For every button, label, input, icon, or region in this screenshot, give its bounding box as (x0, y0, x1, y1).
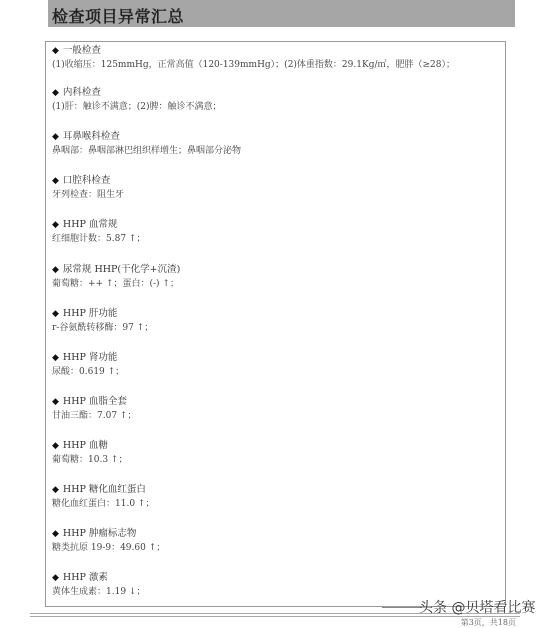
section-title: 内科检查 (63, 87, 101, 98)
section-body: 红细胞计数：5.87 ↑； (52, 232, 145, 246)
section-body: 葡萄糖：++ ↑；蛋白：(-) ↑； (52, 277, 180, 291)
section-internal-medicine: ◆内科检查 (1)肝：触诊不满意；(2)脾：触诊不满意； (52, 86, 222, 114)
section-dental: ◆口腔科检查 牙列检查：阻生牙 (52, 174, 124, 202)
diamond-bullet-icon: ◆ (52, 395, 59, 409)
diamond-bullet-icon: ◆ (52, 307, 59, 321)
diamond-bullet-icon: ◆ (52, 174, 59, 188)
section-title: HHP 血糖 (63, 440, 108, 451)
section-title: HHP 肿瘤标志物 (63, 528, 136, 539)
section-liver-function: ◆HHP 肝功能 r-谷氨酰转移酶：97 ↑； (52, 307, 153, 335)
section-title: 尿常规 HHP(干化学+沉渣) (63, 264, 180, 275)
section-title: 一般检查 (63, 45, 101, 56)
section-general-exam: ◆一般检查 (1)收缩压：125mmHg，正常高值（120-139mmHg）；(… (52, 44, 455, 72)
diamond-bullet-icon: ◆ (52, 130, 59, 144)
diamond-bullet-icon: ◆ (52, 571, 59, 585)
section-ent: ◆耳鼻喉科检查 鼻咽部：鼻咽部淋巴组织样增生；鼻咽部分泌物 (52, 130, 241, 158)
diamond-bullet-icon: ◆ (52, 527, 59, 541)
section-blood-glucose: ◆HHP 血糖 葡萄糖：10.3 ↑； (52, 439, 127, 467)
section-body: (1)收缩压：125mmHg，正常高值（120-139mmHg）；(2)体重指数… (52, 58, 455, 72)
watermark: 头条 @贝塔看比赛 (419, 597, 535, 617)
section-body: (1)肝：触诊不满意；(2)脾：触诊不满意； (52, 100, 222, 114)
section-blood-routine: ◆HHP 血常规 红细胞计数：5.87 ↑； (52, 218, 145, 246)
abnormal-summary-box: ◆一般检查 (1)收缩压：125mmHg，正常高值（120-139mmHg）；(… (45, 41, 506, 607)
section-body: 甘油三酯：7.07 ↑； (52, 409, 136, 423)
watermark-underline (382, 607, 422, 608)
section-hormones: ◆HHP 激素 黄体生成素：1.19 ↓； (52, 571, 145, 599)
section-body: 牙列检查：阻生牙 (52, 188, 124, 202)
section-title: HHP 血脂全套 (63, 396, 127, 407)
section-kidney-function: ◆HHP 肾功能 尿酸：0.619 ↑； (52, 351, 124, 379)
diamond-bullet-icon: ◆ (52, 218, 59, 232)
section-body: 葡萄糖：10.3 ↑； (52, 453, 127, 467)
section-title: HHP 肾功能 (63, 352, 117, 363)
title-bar: 检查项目异常汇总 (48, 0, 515, 27)
diamond-bullet-icon: ◆ (52, 44, 59, 58)
section-title: 耳鼻喉科检查 (63, 131, 120, 142)
section-tumor-markers: ◆HHP 肿瘤标志物 糖类抗原 19-9：49.60 ↑； (52, 527, 165, 555)
section-urine-routine: ◆尿常规 HHP(干化学+沉渣) 葡萄糖：++ ↑；蛋白：(-) ↑； (52, 263, 180, 291)
diamond-bullet-icon: ◆ (52, 483, 59, 497)
section-hba1c: ◆HHP 糖化血红蛋白 糖化血红蛋白：11.0 ↑； (52, 483, 154, 511)
section-title: HHP 肝功能 (63, 308, 117, 319)
section-body: 糖类抗原 19-9：49.60 ↑； (52, 541, 165, 555)
section-body: r-谷氨酰转移酶：97 ↑； (52, 321, 153, 335)
section-body: 鼻咽部：鼻咽部淋巴组织样增生；鼻咽部分泌物 (52, 144, 241, 158)
diamond-bullet-icon: ◆ (52, 86, 59, 100)
section-body: 尿酸：0.619 ↑； (52, 365, 124, 379)
diamond-bullet-icon: ◆ (52, 439, 59, 453)
section-title: 口腔科检查 (63, 175, 111, 186)
page-title: 检查项目异常汇总 (52, 4, 184, 27)
diamond-bullet-icon: ◆ (52, 263, 59, 277)
section-title: HHP 血常规 (63, 219, 117, 230)
diamond-bullet-icon: ◆ (52, 351, 59, 365)
section-title: HHP 激素 (63, 572, 108, 583)
section-body: 黄体生成素：1.19 ↓； (52, 585, 145, 599)
page-number: 第3页，共18页 (461, 617, 516, 628)
section-body: 糖化血红蛋白：11.0 ↑； (52, 497, 154, 511)
section-blood-lipids: ◆HHP 血脂全套 甘油三酯：7.07 ↑； (52, 395, 136, 423)
section-title: HHP 糖化血红蛋白 (63, 484, 146, 495)
